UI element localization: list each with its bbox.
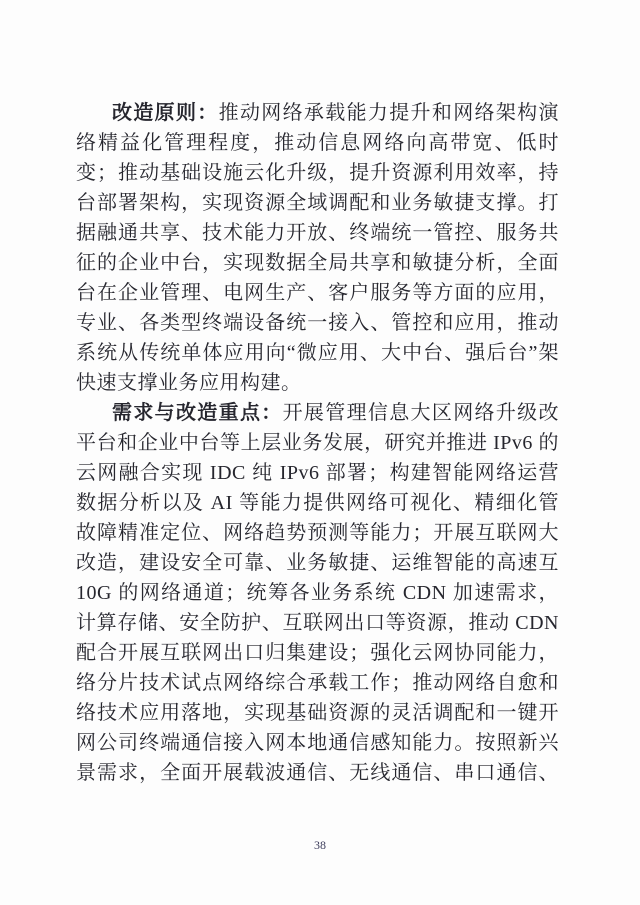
paragraph-line: 平台和企业中台等上层业务发展，研究并推进 IPv6 的部署，深化 bbox=[76, 428, 559, 458]
paragraph-line: 征的企业中台，实现数据全局共享和敏捷分析，全面支撑技术中 bbox=[76, 248, 559, 278]
document-text-block: 改造原则：推动网络承载能力提升和网络架构演进，提高网 络精益化管理程度，推动信息… bbox=[76, 98, 559, 788]
paragraph-lead: 改造原则： bbox=[112, 102, 219, 124]
paragraph-line: 络分片技术试点网络综合承载工作；推动网络自愈和自动驾驶网 bbox=[76, 668, 559, 698]
paragraph-line: 10G 的网络通道；统筹各业务系统 CDN 加速需求，高效复用富余 bbox=[76, 578, 559, 608]
paragraph-line: 改造，建设安全可靠、业务敏捷、运维智能的高速互联网，形成 bbox=[76, 548, 559, 578]
paragraph-line: 变；推动基础设施云化升级，提升资源利用效率，持续优化云平 bbox=[76, 158, 559, 188]
paragraph-line: 网公司终端通信接入网本地通信感知能力。按照新兴业务应用场 bbox=[76, 728, 559, 758]
paragraph-line: 快速支撑业务应用构建。 bbox=[76, 368, 559, 398]
paragraph-line: 配合开展互联网出口归集建设；强化云网协同能力，开展基于网 bbox=[76, 638, 559, 668]
paragraph-line: 络技术应用落地，实现基础资源的灵活调配和一键开通。提升电 bbox=[76, 698, 559, 728]
paragraph-first-line: 改造原则：推动网络承载能力提升和网络架构演进，提高网 bbox=[76, 98, 559, 128]
page-number: 38 bbox=[0, 838, 640, 852]
paragraph-lead: 需求与改造重点： bbox=[112, 402, 283, 424]
paragraph-line: 据融通共享、技术能力开放、终端统一管控、服务共性汇聚”特 bbox=[76, 218, 559, 248]
paragraph-line: 计算存储、安全防护、互联网出口等资源，推动 CDN 网络建设； bbox=[76, 608, 559, 638]
paragraph-line: 台部署架构，实现资源全域调配和业务敏捷支撑。打造具备“数 bbox=[76, 188, 559, 218]
document-page: 改造原则：推动网络承载能力提升和网络架构演进，提高网 络精益化管理程度，推动信息… bbox=[0, 0, 640, 905]
paragraph-line: 数据分析以及 AI 等能力提供网络可视化、精细化管理，增强网络 bbox=[76, 488, 559, 518]
paragraph-line: 系统从传统单体应用向“微应用、大中台、强后台”架构转变， bbox=[76, 338, 559, 368]
paragraph-line: 景需求，全面开展载波通信、无线通信、串口通信、近场通信等 bbox=[76, 758, 559, 788]
paragraph-line: 专业、各类型终端设备统一接入、管控和应用，推动公司信息化 bbox=[76, 308, 559, 338]
paragraph-first-line: 需求与改造重点：开展管理信息大区网络升级改造；适配云 bbox=[76, 398, 559, 428]
paragraph-line: 络精益化管理程度，推动信息网络向高带宽、低时延、智能化转 bbox=[76, 128, 559, 158]
paragraph-line: 云网融合实现 IDC 纯 IPv6 部署；构建智能网络运营平台，基于大 bbox=[76, 458, 559, 488]
paragraph-line: 故障精准定位、网络趋势预测等能力；开展互联网大区网络升级 bbox=[76, 518, 559, 548]
paragraph-line: 台在企业管理、电网生产、客户服务等方面的应用，实现电网各 bbox=[76, 278, 559, 308]
